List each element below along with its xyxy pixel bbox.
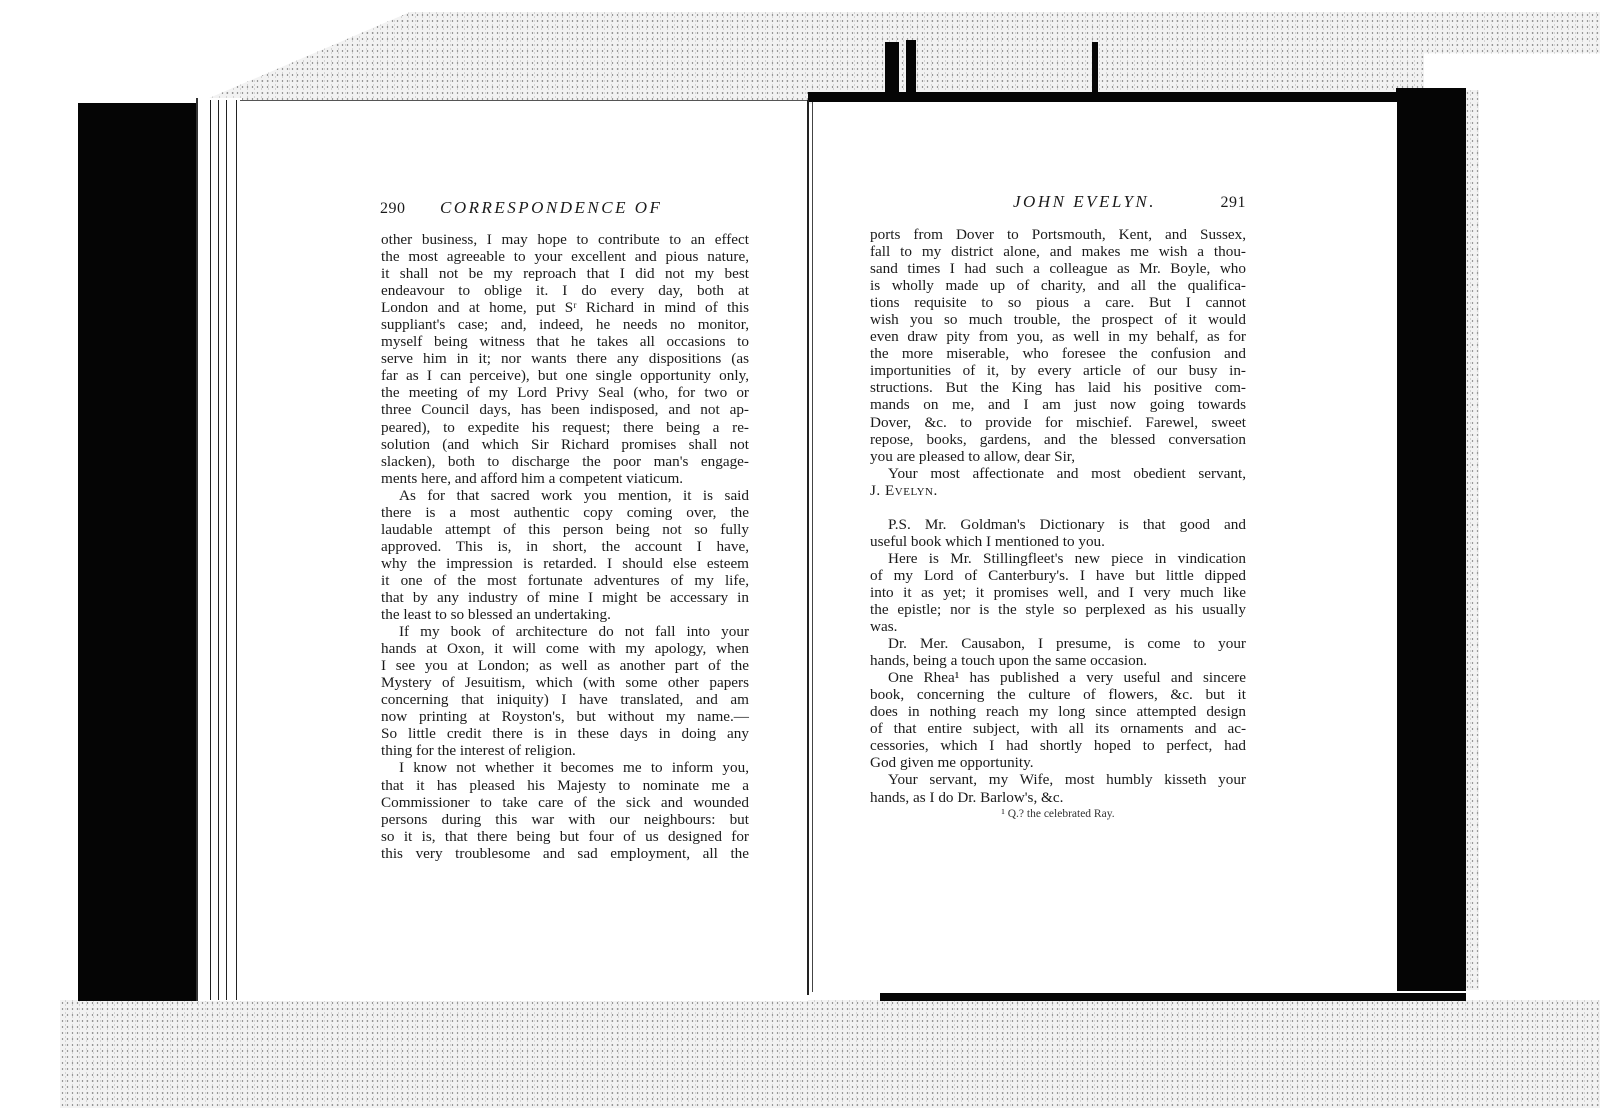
text-line: suppliant's case; and, indeed, he needs …: [381, 316, 749, 333]
text-line: As for that sacred work you mention, it …: [381, 487, 749, 504]
text-line: it one of the most fortunate adventures …: [381, 572, 749, 589]
text-line: is wholly made up of charity, and all th…: [870, 277, 1246, 294]
gutter-line: [807, 100, 809, 995]
footnote: ¹ Q.? the celebrated Ray.: [870, 808, 1246, 820]
text-line: why the impression is retarded. I should…: [381, 555, 749, 572]
text-line: Your servant, my Wife, most humbly kisse…: [870, 771, 1246, 788]
text-line: this very troublesome and sad employment…: [381, 845, 749, 862]
text-line: Here is Mr. Stillingfleet's new piece in…: [870, 550, 1246, 567]
text-line: that by any industry of mine I might be …: [381, 589, 749, 606]
text-line: there is a most authentic copy coming ov…: [381, 504, 749, 521]
text-line: book, concerning the culture of flowers,…: [870, 686, 1246, 703]
text-line: the meeting of my Lord Privy Seal (who, …: [381, 384, 749, 401]
right-cover-edge: [1396, 88, 1466, 991]
text-line: tions requisite to so pious a care. But …: [870, 294, 1246, 311]
scan-noise-bottom: [60, 1000, 1600, 1108]
text-line: so it is, that there being but four of u…: [381, 828, 749, 845]
text-line: Mystery of Jesuitism, which (with some o…: [381, 674, 749, 691]
bottom-board-line: [880, 993, 1466, 1001]
page-edge-3: [226, 100, 227, 1000]
text-line: One Rhea¹ has published a very useful an…: [870, 669, 1246, 686]
text-line: of my Lord of Canterbury's. I have but l…: [870, 567, 1246, 584]
running-title-left: CORRESPONDENCE OF: [440, 198, 662, 217]
text-line: Dr. Mer. Causabon, I presume, is come to…: [870, 635, 1246, 652]
text-line: solution (and which Sir Richard promises…: [381, 436, 749, 453]
scan-noise-top-right: [800, 12, 1600, 104]
text-line: P.S. Mr. Goldman's Dictionary is that go…: [870, 516, 1246, 533]
page-edge-2: [218, 100, 219, 1000]
text-line: was.: [870, 618, 1246, 635]
text-line: fall to my district alone, and makes me …: [870, 243, 1246, 260]
text-line: you are pleased to allow, dear Sir,: [870, 448, 1246, 465]
text-line: into it as yet; it promises well, and I …: [870, 584, 1246, 601]
page-edge-1: [210, 100, 211, 1000]
text-line: hands, as I do Dr. Barlow's, &c.: [870, 789, 1246, 806]
text-line: approved. This is, in short, the account…: [381, 538, 749, 555]
text-line: Your most affectionate and most obedient…: [870, 465, 1246, 482]
page-edge-4: [236, 100, 237, 1000]
page-number-left: 290: [380, 200, 406, 217]
text-line: ports from Dover to Portsmouth, Kent, an…: [870, 226, 1246, 243]
spacer: [870, 499, 1246, 516]
left-cover-edge: [78, 103, 196, 1001]
text-line: hands at Oxon, it will come with my apol…: [381, 640, 749, 657]
text-line: I know not whether it becomes me to info…: [381, 759, 749, 776]
text-line: I see you at London; as well as another …: [381, 657, 749, 674]
right-page-body: ports from Dover to Portsmouth, Kent, an…: [870, 226, 1246, 806]
text-line: other business, I may hope to contribute…: [381, 231, 749, 248]
text-line: far as I can perceive), but one single o…: [381, 367, 749, 384]
text-line: importunities of it, by every article of…: [870, 362, 1246, 379]
page-number-right: 291: [1221, 194, 1247, 211]
scan-noise-right-edge: [1465, 90, 1479, 990]
text-line: myself being witness that he takes all o…: [381, 333, 749, 350]
text-line: the more miserable, who foresee the conf…: [870, 345, 1246, 362]
text-line: of that entire subject, with all its orn…: [870, 720, 1246, 737]
text-line: Commissioner to take care of the sick an…: [381, 794, 749, 811]
text-line: mands on me, and I am just now going tow…: [870, 396, 1246, 413]
text-line: thing for the interest of religion.: [381, 742, 749, 759]
text-line: serve him in it; nor wants there any dis…: [381, 350, 749, 367]
text-line: the least to so blessed an undertaking.: [381, 606, 749, 623]
text-line: does in nothing reach my long since atte…: [870, 703, 1246, 720]
text-line: cessories, which I had shortly hoped to …: [870, 737, 1246, 754]
running-title-right: JOHN EVELYN.: [1013, 192, 1156, 211]
text-line: peared), to expedite his request; there …: [381, 419, 749, 436]
text-line: now printing at Royston's, but without m…: [381, 708, 749, 725]
text-line: laudable attempt of this person being no…: [381, 521, 749, 538]
text-line: the most agreeable to your excellent and…: [381, 248, 749, 265]
left-page-body: other business, I may hope to contribute…: [381, 231, 749, 862]
text-line: hands, being a touch upon the same occas…: [870, 652, 1246, 669]
text-line: useful book which I mentioned to you.: [870, 533, 1246, 550]
text-line: concerning that iniquity) I have transla…: [381, 691, 749, 708]
text-line: wish you so much trouble, the prospect o…: [870, 311, 1246, 328]
text-line: endeavour to oblige it. I do every day, …: [381, 282, 749, 299]
text-line: three Council days, has been indisposed,…: [381, 401, 749, 418]
text-line: the epistle; nor is the style so perplex…: [870, 601, 1246, 618]
text-line: even draw pity from you, as well in my b…: [870, 328, 1246, 345]
text-line: So little credit there is in these days …: [381, 725, 749, 742]
right-running-head: JOHN EVELYN. 291: [870, 192, 1246, 212]
clip-mark-1: [885, 42, 899, 97]
scan-noise-top-left: [200, 12, 800, 102]
text-line: that it has pleased his Majesty to nomin…: [381, 777, 749, 794]
text-line: persons during this war with our neighbo…: [381, 811, 749, 828]
text-line: London and at home, put Sʳ Richard in mi…: [381, 299, 749, 316]
text-line: repose, books, gardens, and the blessed …: [870, 431, 1246, 448]
clip-mark-2: [906, 40, 916, 97]
text-line: If my book of architecture do not fall i…: [381, 623, 749, 640]
text-line: it shall not be my reproach that I did n…: [381, 265, 749, 282]
text-line: structions. But the King has laid his po…: [870, 379, 1246, 396]
left-running-head: 290 CORRESPONDENCE OF: [380, 198, 750, 218]
text-line: God given me opportunity.: [870, 754, 1246, 771]
clip-mark-3: [1092, 42, 1098, 97]
text-line: Dover, &c. to provide for mischief. Fare…: [870, 414, 1246, 431]
text-line: sand times I had such a colleague as Mr.…: [870, 260, 1246, 277]
signature: J. Evelyn.: [870, 482, 1246, 499]
text-line: ments here, and afford him a competent v…: [381, 470, 749, 487]
text-line: slacken), both to discharge the poor man…: [381, 453, 749, 470]
